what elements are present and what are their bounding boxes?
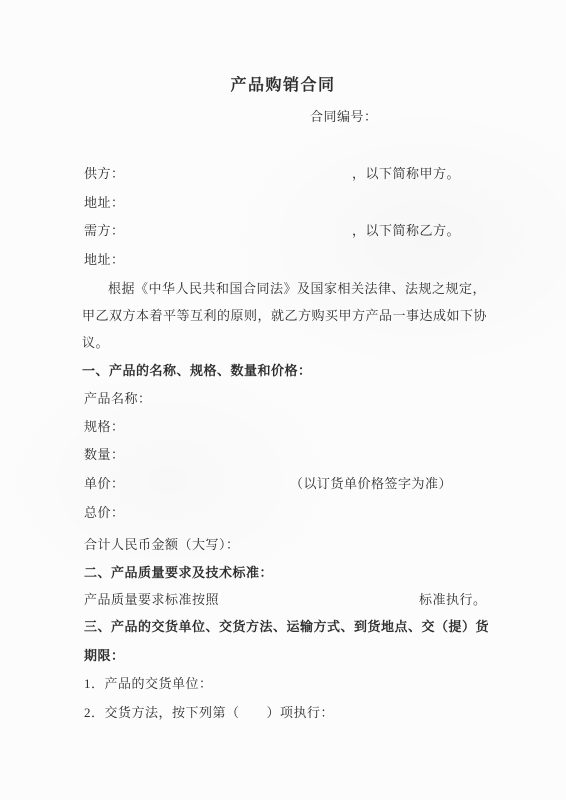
unit-price-label: 单价：: [84, 474, 125, 494]
section2-heading: 二、产品质量要求及技术标准：: [84, 563, 273, 583]
section3-heading-line2: 期限：: [84, 646, 125, 666]
quality-standard-text: 产品质量要求标准按照: [84, 590, 219, 610]
quality-standard-suffix: 标准执行。: [419, 590, 487, 610]
contract-number-label: 合同编号：: [310, 107, 378, 127]
quantity-label: 数量：: [84, 445, 125, 465]
section1-heading: 一、产品的名称、规格、数量和价格：: [82, 361, 312, 381]
amount-in-words-label: 合计人民币金额（大写）：: [84, 535, 240, 555]
total-price-label: 总价：: [84, 503, 125, 523]
preamble-line-2: 甲乙双方本着平等互利的原则，就乙方购买甲方产品一事达成如下协: [82, 306, 487, 326]
delivery-method-item: 2．交货方法，按下列第（ ）项执行：: [84, 703, 334, 723]
unit-price-note: （以订货单价格签字为准）: [290, 474, 452, 494]
document-title: 产品购销合同: [0, 72, 566, 95]
supplier-label: 供方：: [84, 164, 125, 184]
supplier-short-name-note: ，以下简称甲方。: [352, 164, 460, 184]
preamble-line-3: 议。: [82, 333, 109, 353]
buyer-label: 需方：: [84, 221, 125, 241]
buyer-address-label: 地址：: [84, 250, 125, 270]
supplier-address-label: 地址：: [84, 193, 125, 213]
spec-label: 规格：: [84, 417, 125, 437]
buyer-short-name-note: ，以下简称乙方。: [352, 221, 460, 241]
contract-document-page: 产品购销合同 合同编号： 供方： ，以下简称甲方。 地址： 需方： ，以下简称乙…: [0, 0, 566, 800]
preamble-line-1: 根据《中华人民共和国合同法》及国家相关法律、法规之规定，: [108, 279, 486, 299]
product-name-label: 产品名称：: [84, 389, 152, 409]
section3-heading-line1: 三、产品的交货单位、交货方法、运输方式、到货地点、交（提）货: [84, 617, 489, 637]
delivery-unit-item: 1．产品的交货单位：: [84, 674, 213, 694]
